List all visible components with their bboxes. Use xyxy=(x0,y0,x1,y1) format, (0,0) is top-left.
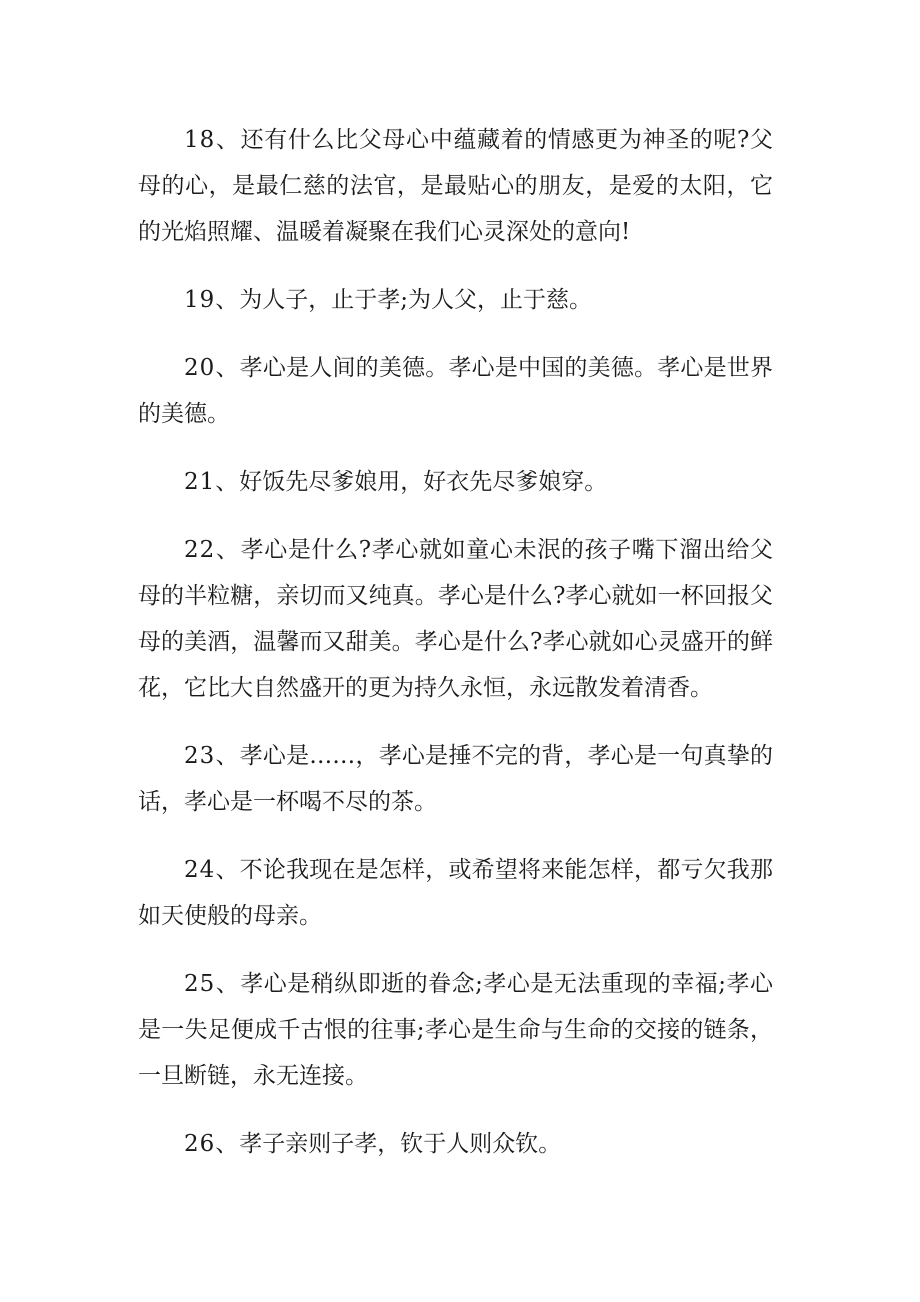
document-page: 18、还有什么比父母心中蕴藏着的情感更为神圣的呢?父母的心，是最仁慈的法官，是最… xyxy=(0,0,920,1302)
quote-paragraph-22: 22、孝心是什么?孝心就如童心未泯的孩子嘴下溜出给父母的半粒糖，亲切而又纯真。孝… xyxy=(138,527,773,711)
item-number: 20、 xyxy=(184,355,240,381)
item-number: 25、 xyxy=(184,971,240,997)
quote-paragraph-24: 24、不论我现在是怎样，或希望将来能怎样，都亏欠我那如天使般的母亲。 xyxy=(138,847,773,939)
item-text: 孝子亲则子孝，钦于人则众钦。 xyxy=(239,1131,561,1157)
item-text: 好饭先尽爹娘用，好衣先尽爹娘穿。 xyxy=(239,469,607,495)
item-text: 为人子，止于孝;为人父，止于慈。 xyxy=(239,287,592,313)
item-number: 21、 xyxy=(184,469,239,495)
item-number: 18、 xyxy=(184,127,241,153)
quote-paragraph-19: 19、为人子，止于孝;为人父，止于慈。 xyxy=(138,277,773,323)
item-number: 19、 xyxy=(184,287,239,313)
quote-paragraph-26: 26、孝子亲则子孝，钦于人则众钦。 xyxy=(138,1121,773,1167)
item-number: 24、 xyxy=(184,857,240,883)
page: { "page": { "background": "#ffffff", "te… xyxy=(0,0,920,1302)
quote-paragraph-20: 20、孝心是人间的美德。孝心是中国的美德。孝心是世界的美德。 xyxy=(138,345,773,437)
item-number: 23、 xyxy=(184,743,240,769)
quote-paragraph-21: 21、好饭先尽爹娘用，好衣先尽爹娘穿。 xyxy=(138,459,773,505)
item-number: 22、 xyxy=(184,537,241,563)
quote-paragraph-23: 23、孝心是……，孝心是捶不完的背，孝心是一句真挚的话，孝心是一杯喝不尽的茶。 xyxy=(138,733,773,825)
quote-paragraph-25: 25、孝心是稍纵即逝的眷念;孝心是无法重现的幸福;孝心是一失足便成千古恨的往事;… xyxy=(138,961,773,1099)
quote-paragraph-18: 18、还有什么比父母心中蕴藏着的情感更为神圣的呢?父母的心，是最仁慈的法官，是最… xyxy=(138,117,773,255)
item-number: 26、 xyxy=(184,1131,239,1157)
